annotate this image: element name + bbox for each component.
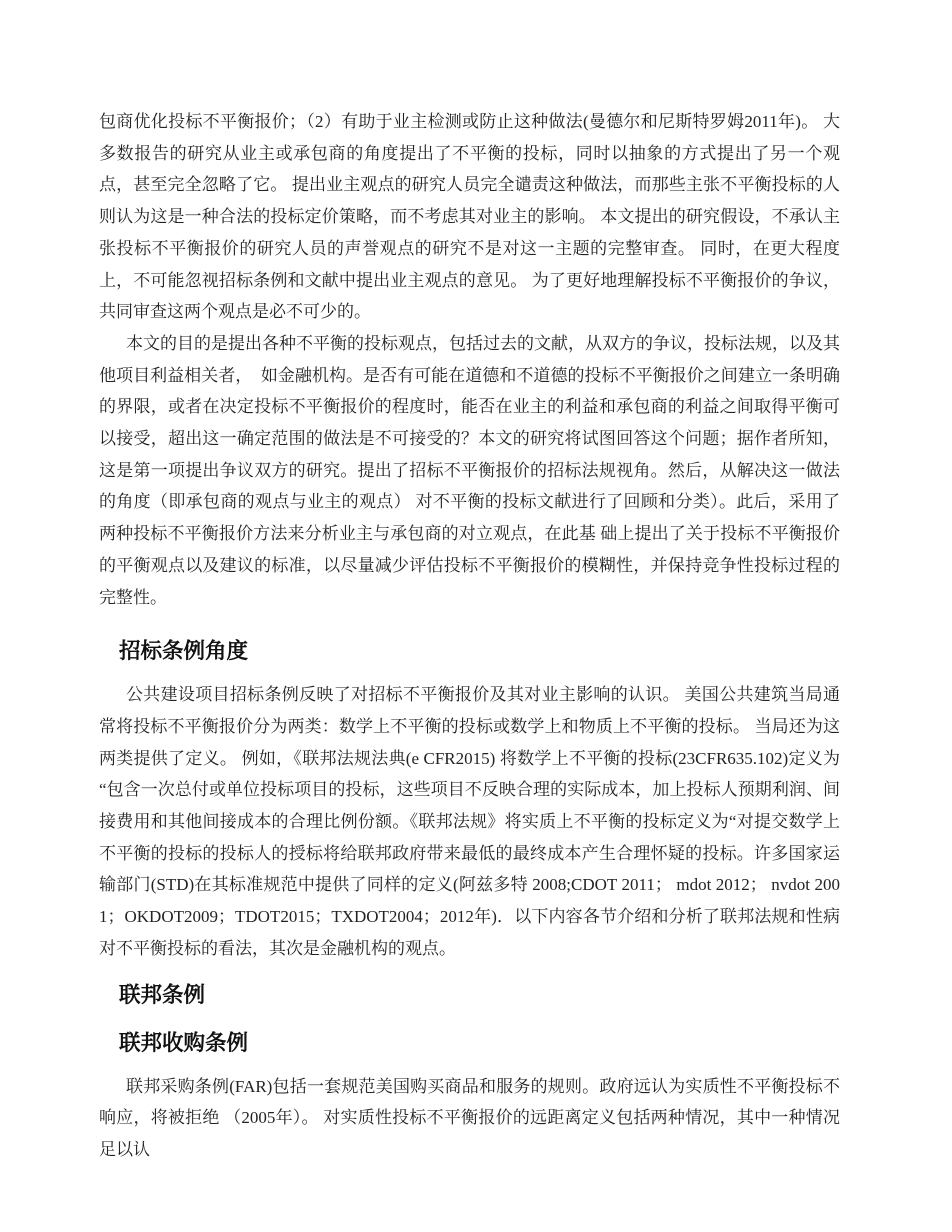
subsection-heading-federal-acquisition-regulation: 联邦收购条例 [119,1027,840,1059]
far-paragraph: 联邦采购条例(FAR)包括一套规范美国购买商品和服务的规则。政府远认为实质性不平… [99,1071,840,1166]
document-content: 包商优化投标不平衡报价；（2）有助于业主检测或防止这种做法(曼德尔和尼斯特罗姆2… [99,106,840,1166]
document-page: 包商优化投标不平衡报价；（2）有助于业主检测或防止这种做法(曼德尔和尼斯特罗姆2… [0,0,952,1232]
purpose-paragraph: 本文的目的是提出各种不平衡的投标观点，包括过去的文献，从双方的争议，投标法规，以… [99,328,840,613]
continuation-paragraph: 包商优化投标不平衡报价；（2）有助于业主检测或防止这种做法(曼德尔和尼斯特罗姆2… [99,106,840,328]
regulations-paragraph: 公共建设项目招标条例反映了对招标不平衡报价及其对业主影响的认识。 美国公共建筑当… [99,679,840,964]
section-heading-bidding-regulations-perspective: 招标条例角度 [119,635,840,667]
section-heading-federal-regulations: 联邦条例 [119,979,840,1011]
